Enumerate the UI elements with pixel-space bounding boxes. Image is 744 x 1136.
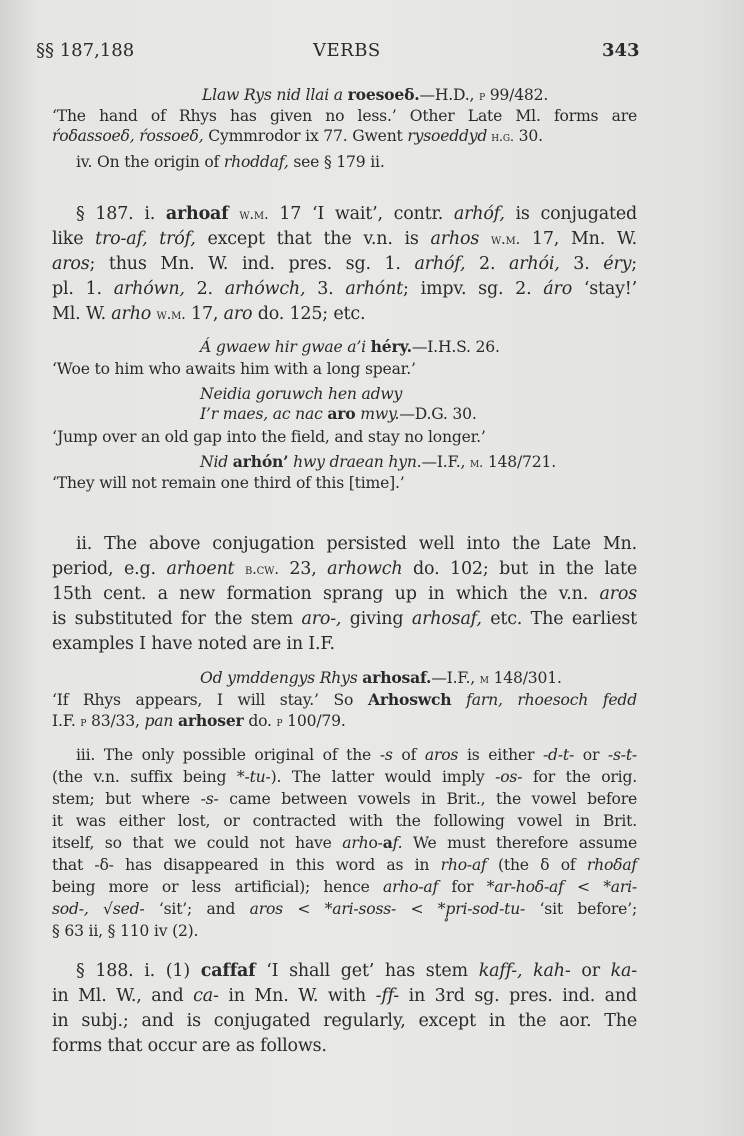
quote-neidia-line1: Neidia goruwch hen adwy bbox=[200, 384, 402, 404]
s187-iii-line: it was either lost, or contracted with t… bbox=[52, 811, 637, 831]
s187-ii-line: is substituted for the stem aro-, giving… bbox=[52, 608, 637, 630]
header-title: VERBS bbox=[313, 40, 381, 61]
quote-hery: Á gwaew hir gwae a’i héry.—I.H.S. 26. bbox=[200, 337, 500, 357]
s188-line: in subj.; and is conjugated regularly, e… bbox=[52, 1010, 637, 1032]
translation-woe: ‘Woe to him who awaits him with a long s… bbox=[52, 359, 416, 379]
s187-ii-line: period, e.g. arhoent b.cw. 23, arhowch d… bbox=[52, 558, 637, 580]
s187-iii-line: being more or less artificial); hence ar… bbox=[52, 877, 637, 897]
s187-iii-line: § 63 ii, § 110 iv (2). bbox=[52, 921, 198, 941]
s187-iii-line: itself, so that we could not have arho-a… bbox=[52, 833, 637, 853]
quote-arhon: Nid arhón’ hwy draean hyn.—I.F., m. 148/… bbox=[200, 452, 556, 474]
book-page: §§ 187,188 VERBS 343 Llaw Rys nid llai a… bbox=[0, 0, 744, 1136]
s187-line: pl. 1. arhówn, 2. arhówch, 3. arhónt; im… bbox=[52, 278, 637, 300]
s187-iii-line: (the v.n. suffix being *-tu-). The latte… bbox=[52, 767, 637, 787]
s187-ii-line: ii. The above conjugation persisted well… bbox=[76, 533, 637, 555]
s188-line: forms that occur are as follows. bbox=[52, 1035, 327, 1057]
s187-iii-line: stem; but where -s- came between vowels … bbox=[52, 789, 637, 809]
quote-od-ymddengys: Od ymddengys Rhys arhosaf.—I.F., m 148/3… bbox=[200, 668, 562, 690]
translation-line: ‘The hand of Rhys has given no less.’ Ot… bbox=[52, 106, 637, 126]
s187-line: like tro-af, tróf, except that the v.n. … bbox=[52, 228, 637, 250]
translation-third: ‘They will not remain one third of this … bbox=[52, 473, 405, 493]
translation-jump: ‘Jump over an old gap into the field, an… bbox=[52, 427, 486, 447]
s187-line: Ml. W. arho w.m. 17, aro do. 125; etc. bbox=[52, 303, 365, 325]
s187-ii-line: examples I have noted are in I.F. bbox=[52, 633, 335, 655]
other-forms-line: ŕoδassoeδ, ŕossoeδ, Cymmrodor ix 77. Gwe… bbox=[52, 126, 543, 148]
reference-line: I.F. p 83/33, pan arhoser do. p 100/79. bbox=[52, 711, 346, 733]
s187-iii-line: iii. The only possible original of the -… bbox=[76, 745, 637, 765]
translation-rhys-appears: ‘If Rhys appears, I will stay.’ So Arhos… bbox=[52, 690, 637, 710]
s187-iii-line: sod-, √sed- ‘sit’; and aros < *ari-soss-… bbox=[52, 899, 637, 919]
paragraph-iv: iv. On the origin of rhoddaf, see § 179 … bbox=[76, 152, 385, 172]
header-page-number: 343 bbox=[602, 40, 640, 61]
s187-line: aros; thus Mn. W. ind. pres. sg. 1. arhó… bbox=[52, 253, 637, 275]
header-section-ref: §§ 187,188 bbox=[36, 40, 134, 61]
s187-line: § 187. i. arhoaf w.m. 17 ‘I wait’, contr… bbox=[76, 203, 637, 225]
s188-line: § 188. i. (1) caffaf ‘I shall get’ has s… bbox=[76, 960, 637, 982]
quote-llaw-rys: Llaw Rys nid llai a roesoeδ.—H.D., p 99/… bbox=[202, 85, 548, 107]
s188-line: in Ml. W., and ca- in Mn. W. with -ff- i… bbox=[52, 985, 637, 1007]
quote-neidia-line2: I’r maes, ac nac aro mwy.—D.G. 30. bbox=[200, 404, 477, 424]
s187-iii-line: that -δ- has disappeared in this word as… bbox=[52, 855, 637, 875]
s187-ii-line: 15th cent. a new formation sprang up in … bbox=[52, 583, 637, 605]
